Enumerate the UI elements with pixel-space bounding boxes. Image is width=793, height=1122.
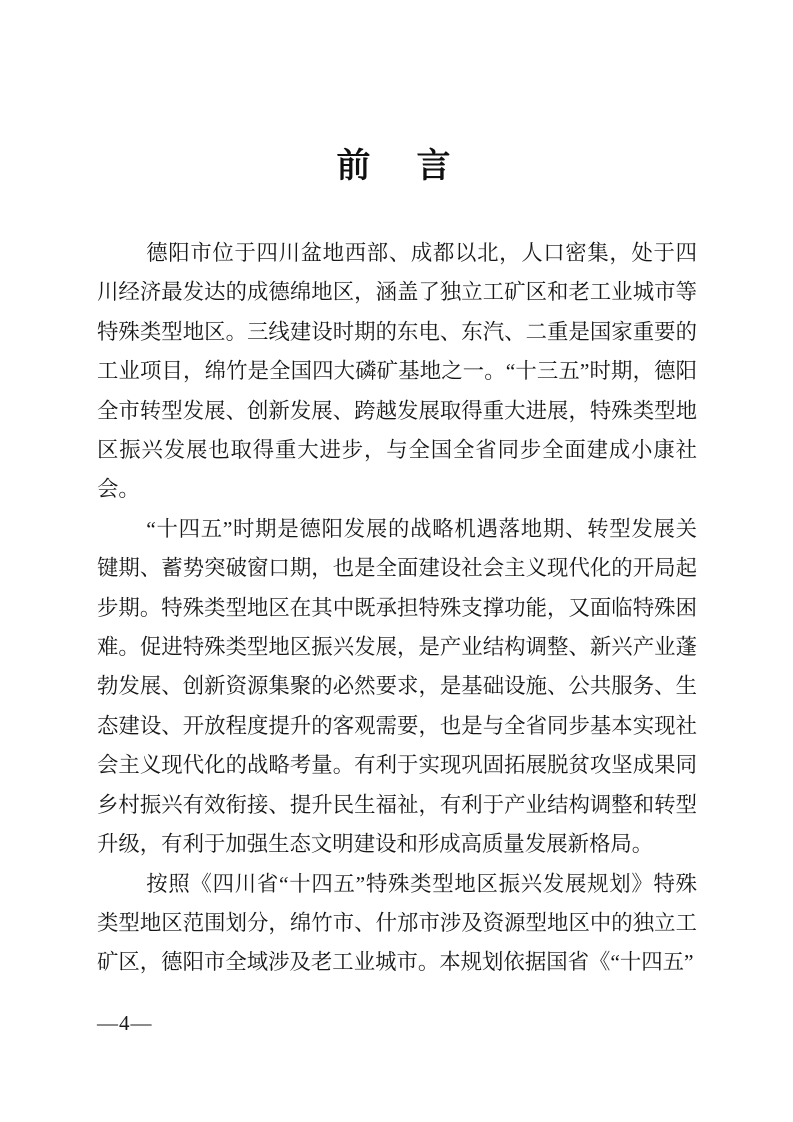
paragraph-3: 按照《四川省“十四五”特殊类型地区振兴发展规划》特殊类型地区范围划分，绵竹市、什… (97, 865, 697, 983)
page-number: —4— (97, 1008, 153, 1038)
document-page: 前 言 德阳市位于四川盆地西部、成都以北，人口密集，处于四川经济最发达的成德绵地… (0, 0, 793, 1122)
page-title: 前 言 (0, 138, 793, 187)
paragraph-1: 德阳市位于四川盆地西部、成都以北，人口密集，处于四川经济最发达的成德绵地区，涵盖… (97, 234, 697, 510)
document-body: 德阳市位于四川盆地西部、成都以北，人口密集，处于四川经济最发达的成德绵地区，涵盖… (97, 234, 697, 983)
paragraph-2: “十四五”时期是德阳发展的战略机遇落地期、转型发展关键期、蓄势突破窗口期，也是全… (97, 510, 697, 865)
